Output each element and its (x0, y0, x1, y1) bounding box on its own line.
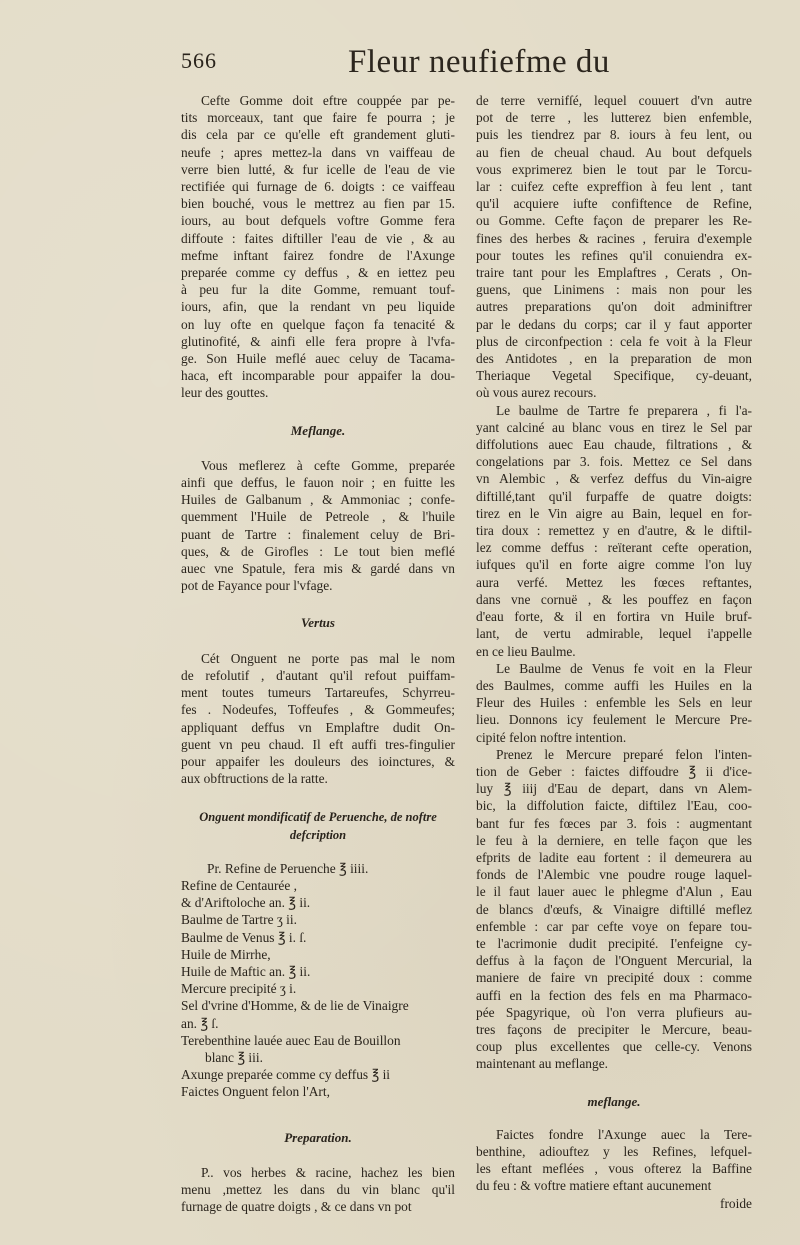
text-line: verre bien lutté, & fur icelle de l'eau … (181, 161, 455, 178)
text-line: au fien de cheual chaud. Au bout defquel… (476, 144, 752, 161)
text-line: Huiles de Galbanum , & Ammoniac ; confe- (181, 491, 455, 508)
text-line: Theriaque Vegetal Specifique, cy-deuant, (476, 367, 752, 384)
text-line: le feu à la derniere, en telle façon que… (476, 832, 752, 849)
paragraph-gum-preparation: Cefte Gomme doit eftre couppée par pe-ti… (181, 92, 455, 402)
text-line: de blancs d'œufs, & Vinaigre diftillé me… (476, 901, 752, 918)
paragraph-mixing: Vous meflerez à cefte Gomme, preparéeain… (181, 457, 455, 595)
text-line: Prenez le Mercure preparé felon l'inten- (476, 746, 752, 763)
left-column: Cefte Gomme doit eftre couppée par pe-ti… (181, 92, 455, 1215)
text-line: vn Alembic , & verfez deffus du Vin-aigr… (476, 470, 752, 487)
text-line: des Baulmes, comme auffi les Huiles en l… (476, 677, 752, 694)
text-line: dans vne cornuë , & les pouffez en façon (476, 591, 752, 608)
text-line: tits morceaux, tant que faire fe pourra … (181, 109, 455, 126)
page-header: 566 Fleur neufiefme du (0, 48, 800, 88)
recipe-ingredient: & d'Ariftoloche an. ℥ ii. (181, 894, 455, 911)
paragraph-preparation: P.. vos herbes & racine, hachez les bien… (181, 1164, 455, 1216)
text-line: ment toutes tumeurs Tartareufes, Schyrre… (181, 684, 455, 701)
paragraph-baulme-venus: Le Baulme de Venus fe voit en la Fleurde… (476, 660, 752, 746)
text-line: appliquant deffus vn Emplaftre dudit On- (181, 719, 455, 736)
text-line: deffus à la façon de l'Onguent Mercurial… (476, 952, 752, 969)
recipe-ingredient: Terebenthine lauée auec Eau de Bouillon (181, 1032, 455, 1049)
text-line: bant fur fes fœces par 3. fois : augment… (476, 815, 752, 832)
text-line: plus de circonfpection : cela fe voit à … (476, 333, 752, 350)
recipe-ingredient: blanc ℥ iii. (181, 1049, 455, 1066)
text-line: tres façons de precipiter le Mercure, be… (476, 1021, 752, 1038)
recipe-ingredient: Baulme de Tartre ʒ ii. (181, 911, 455, 928)
section-heading-onguent-subtitle: defcription (181, 827, 455, 844)
text-line: tirez en le Vin aigre au Bain, lequel en… (476, 505, 752, 522)
text-line: furnage de quatre doigts , & ce dans vn … (181, 1198, 455, 1215)
text-line: neufe ; apres mettez-la dans vn vaiffeau… (181, 144, 455, 161)
text-line: par le dedans du corps; car il y faut ap… (476, 316, 752, 333)
text-line: puis les tiendrez par 8. iours à feu len… (476, 126, 752, 143)
text-line: iours, afin, que la rendant vn peu liqui… (181, 298, 455, 315)
recipe-ingredient: Sel d'vrine d'Homme, & de lie de Vinaigr… (181, 997, 455, 1014)
text-line: leur des gouttes. (181, 384, 455, 401)
text-line: ou Gomme. Cefte façon de preparer les Re… (476, 212, 752, 229)
text-line: Le Baulme de Venus fe voit en la Fleur (476, 660, 752, 677)
text-line: fines des herbes & racines , feruira d'e… (476, 230, 752, 247)
text-line: aux obftructions de la ratte. (181, 770, 455, 787)
right-column: de terre vernifſé, lequel couuert d'vn a… (476, 92, 752, 1212)
text-line: benthine, adiouftez y les Refines, lefqu… (476, 1143, 752, 1160)
recipe-ingredient: an. ℥ ſ. (181, 1015, 455, 1032)
text-line: du feu : & voftre matiere eftant aucunem… (476, 1177, 752, 1194)
text-line: lant, de vertu admirable, lequel i'appel… (476, 625, 752, 642)
text-line: haca, eft incomparable pour appaifer la … (181, 367, 455, 384)
text-line: congelations par 3. fois. Mettez ce Sel … (476, 453, 752, 470)
running-title: Fleur neufiefme du (348, 44, 610, 81)
text-line: maniere de faire vn precipité doux : com… (476, 969, 752, 986)
page-number: 566 (181, 48, 217, 74)
recipe-ingredient: Mercure precipité ʒ i. (181, 980, 455, 997)
text-line: mefme inftant fairez fondre de l'Axunge (181, 247, 455, 264)
text-line: guens, que Linimens : mais non pour les (476, 281, 752, 298)
text-line: ques, & de Girofles : Le tout bien meflé (181, 543, 455, 560)
text-line: te l'acrimonie dudit precipité. I'enfeig… (476, 935, 752, 952)
section-heading-vertus: Vertus (181, 614, 455, 631)
text-line: Fleur des Huiles : enfemble les Sels en … (476, 694, 752, 711)
text-line: guent vn peu chaud. Il eft auffi tres-fi… (181, 736, 455, 753)
recipe-ingredient: Refine de Centaurée , (181, 877, 455, 894)
text-line: où vous aurez recours. (476, 384, 752, 401)
text-line: efprits de ladite eau fortent : il demeu… (476, 849, 752, 866)
text-line: menu ,mettez les dans du vin blanc qu'il (181, 1181, 455, 1198)
text-line: quemment l'Huile de Petreole , & l'huile (181, 508, 455, 525)
recipe-ingredient: Huile de Maftic an. ℥ ii. (181, 963, 455, 980)
text-line: les eftant meflées , vous ofterez la Baf… (476, 1160, 752, 1177)
text-line: fonds de l'Alembic vne poudre rouge laqu… (476, 866, 752, 883)
text-line: autres preparations qu'on doit adminiftr… (476, 298, 752, 315)
text-line: preparée comme cy deffus , & en iettez p… (181, 264, 455, 281)
text-line: Faictes fondre l'Axunge auec la Tere- (476, 1126, 752, 1143)
text-line: ainfi que deffus, le fauon noir ; en fui… (181, 474, 455, 491)
text-line: pot de Fayance pour l'vfage. (181, 577, 455, 594)
text-line: Cét Onguent ne porte pas mal le nom (181, 650, 455, 667)
text-line: coup plus excellentes que celle-cy. Veno… (476, 1038, 752, 1055)
recipe-ingredient: Baulme de Venus ℥ i. ſ. (181, 929, 455, 946)
paragraph-final-mixing: Faictes fondre l'Axunge auec la Tere-ben… (476, 1126, 752, 1195)
text-line: tion de Geber : faictes diffoudre ℥ ii d… (476, 763, 752, 780)
text-line: Cefte Gomme doit eftre couppée par pe- (181, 92, 455, 109)
text-line: iufques qu'il en forte aigre comme l'on … (476, 556, 752, 573)
section-heading-preparation: Preparation. (181, 1129, 455, 1146)
paragraph-resin-method: de terre vernifſé, lequel couuert d'vn a… (476, 92, 752, 402)
text-line: P.. vos herbes & racine, hachez les bien (181, 1164, 455, 1181)
text-line: en ce lieu Baulme. (476, 643, 752, 660)
text-line: yant calciné au blanc vous en tirez le S… (476, 419, 752, 436)
text-line: Vous meflerez à cefte Gomme, preparée (181, 457, 455, 474)
text-line: on luy ofte en quelque façon fa tenacité… (181, 316, 455, 333)
text-line: qu'il acquiere iufte confiftence de Refi… (476, 195, 752, 212)
section-heading-meflange: Meflange. (181, 422, 455, 439)
text-line: Le baulme de Tartre fe preparera , fi l'… (476, 402, 752, 419)
paragraph-mercure-precipite: Prenez le Mercure preparé felon l'inten-… (476, 746, 752, 1073)
text-line: tira doux : remettez y en d'autre, & le … (476, 522, 752, 539)
text-line: à peu fur la dite Gomme, remuant touf- (181, 281, 455, 298)
text-line: puant de Tartre : finalement celuy de Br… (181, 526, 455, 543)
text-line: d'eau forte, & il en fortira vn Huile br… (476, 608, 752, 625)
text-line: de terre vernifſé, lequel couuert d'vn a… (476, 92, 752, 109)
text-line: ge. Son Huile meflé auec celuy de Tacama… (181, 350, 455, 367)
text-line: cipité felon noftre intention. (476, 729, 752, 746)
catchword: froide (476, 1195, 752, 1212)
recipe-ingredient: Pr. Refine de Peruenche ℥ iiii. (181, 860, 455, 877)
text-line: lez comme deffus : reïterant cefte opera… (476, 539, 752, 556)
text-line: diffolutions auec Eau chaude, filtration… (476, 436, 752, 453)
text-line: le il faut lauer auec le phlegme d'Alun … (476, 883, 752, 900)
text-line: fes . Nodeufes, Toffeufes , & Gommeufes; (181, 701, 455, 718)
text-line: diffoute : faites diftiller l'eau de vie… (181, 230, 455, 247)
text-line: diftillé,tant qu'il furpaffe de quatre d… (476, 488, 752, 505)
recipe-list: Pr. Refine de Peruenche ℥ iiii.Refine de… (181, 860, 455, 1101)
paragraph-baulme-tartre: Le baulme de Tartre fe preparera , fi l'… (476, 402, 752, 660)
text-line: luy ℥ iiij d'Eau de depart, dans vn Alem… (476, 780, 752, 797)
text-line: iours, au bout defquels voftre Gomme fer… (181, 212, 455, 229)
text-line: enfemble : car par cefte voye on fepare … (476, 918, 752, 935)
text-line: glutinofité, & ainfi elle fera propre à … (181, 333, 455, 350)
text-line: bic, la diffolution faicte, diftilez l'E… (476, 797, 752, 814)
text-line: pée Spagyrique, où l'on verra plufieurs … (476, 1004, 752, 1021)
text-line: pot de terre , les lutterez bien enfembl… (476, 109, 752, 126)
text-line: dis cela par ce qu'elle eft grandement g… (181, 126, 455, 143)
recipe-ingredient: Huile de Mirrhe, (181, 946, 455, 963)
text-line: auec vne Spatule, fera mis & gardé dans … (181, 560, 455, 577)
text-line: vous exprimerez bien le tout par le Torc… (476, 161, 752, 178)
text-line: de refolutif , d'autant qu'il refout pui… (181, 667, 455, 684)
section-heading-meflange-right: meflange. (476, 1093, 752, 1110)
paragraph-virtues: Cét Onguent ne porte pas mal le nomde re… (181, 650, 455, 788)
text-line: bien bouché, vous le mettrez au fien par… (181, 195, 455, 212)
text-line: aura verfé. Mettez les fœces reftantes, (476, 574, 752, 591)
text-line: traire tant pour les Emplaftres , Cerats… (476, 264, 752, 281)
recipe-ingredient: Faictes Onguent felon l'Art, (181, 1083, 455, 1100)
book-page: 566 Fleur neufiefme du Cefte Gomme doit … (0, 0, 800, 1245)
text-line: pour appaifer les douleurs des ioincture… (181, 753, 455, 770)
text-line: lieu. Donnons icy feulement le Mercure P… (476, 711, 752, 728)
recipe-ingredient: Axunge preparée comme cy deffus ℥ ii (181, 1066, 455, 1083)
text-line: pour toutes les refines qu'il conuiendra… (476, 247, 752, 264)
text-line: lar : cuifez cefte expreffion à feu lent… (476, 178, 752, 195)
text-line: auffi en la fection des fels en ma Pharm… (476, 987, 752, 1004)
text-line: des Antidotes , en la preparation de mon (476, 350, 752, 367)
text-line: rectifiée qui furnage de 6. doigts : ce … (181, 178, 455, 195)
text-line: maintenant au meflange. (476, 1055, 752, 1072)
section-heading-onguent-title: Onguent mondificatif de Peruenche, de no… (181, 809, 455, 826)
